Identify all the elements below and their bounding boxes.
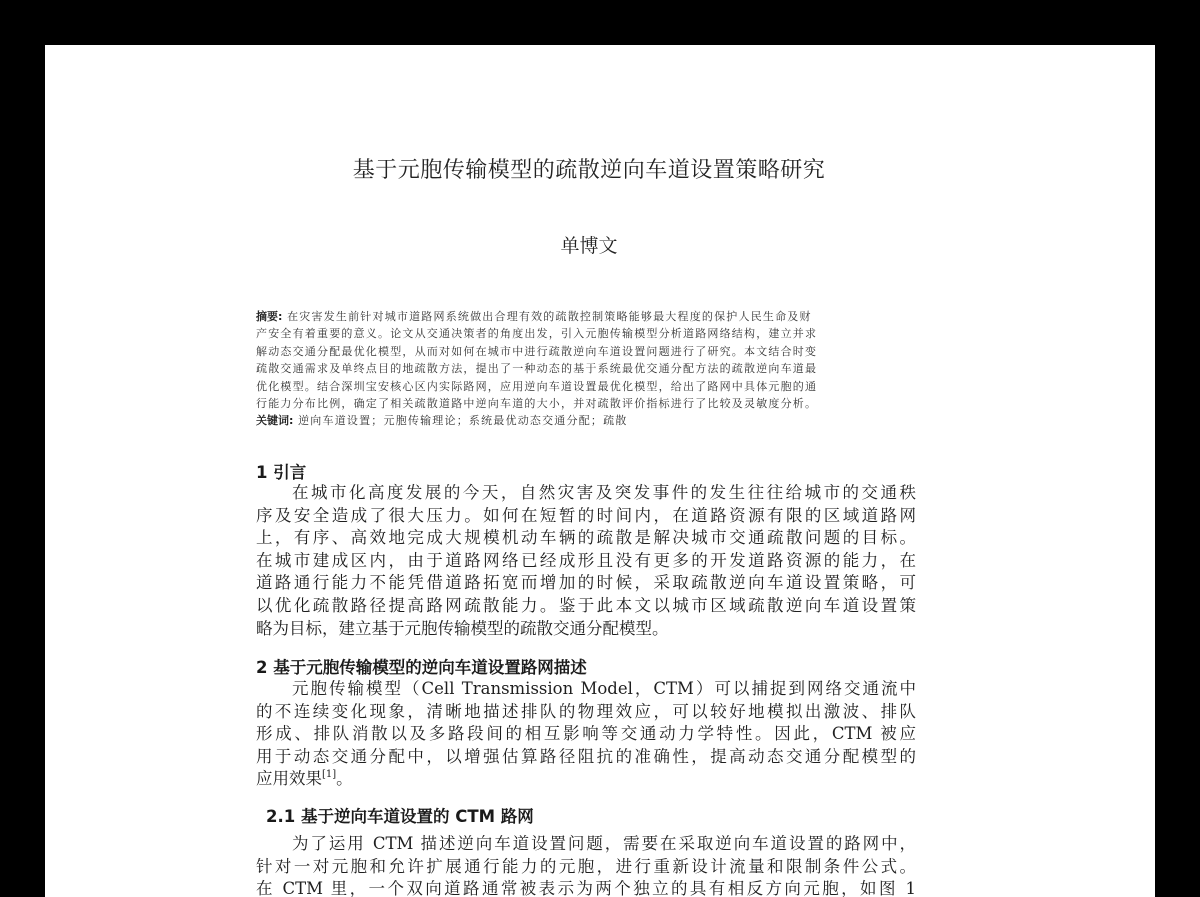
- keywords-label: 关键词:: [256, 414, 293, 427]
- paragraph-line: 为了运用 CTM 描述逆向车道设置问题，需要在采取逆向车道设置的路网中，: [256, 833, 916, 856]
- document-page: 基于元胞传输模型的疏散逆向车道设置策略研究 单博文 摘要: 在灾害发生前针对城市…: [45, 45, 1155, 897]
- section-2-paragraph: 元胞传输模型（Cell Transmission Model，CTM）可以捕捉到…: [256, 678, 916, 791]
- paper-title: 基于元胞传输模型的疏散逆向车道设置策略研究: [256, 153, 922, 184]
- paragraph-line: 应用效果[1]。: [256, 768, 916, 791]
- paragraph-line: 上，有序、高效地完成大规模机动车辆的疏散是解决城市交通疏散问题的目标。: [256, 527, 916, 550]
- abstract-line: 产安全有着重要的意义。论文从交通决策者的角度出发，引入元胞传输模型分析道路网络结…: [256, 325, 922, 342]
- section-heading-1: 1 引言: [256, 459, 306, 483]
- abstract-line: 摘要: 在灾害发生前针对城市道路网系统做出合理有效的疏散控制策略能够最大程度的保…: [256, 308, 922, 325]
- abstract-line: 优化模型。结合深圳宝安核心区内实际路网，应用逆向车道设置最优化模型，给出了路网中…: [256, 378, 922, 395]
- paragraph-line: 以优化疏散路径提高路网疏散能力。鉴于此本文以城市区域疏散逆向车道设置策: [256, 595, 916, 618]
- paragraph-line: 的不连续变化现象，清晰地描述排队的物理效应，可以较好地模拟出激波、排队: [256, 701, 916, 724]
- section-heading-2: 2 基于元胞传输模型的逆向车道设置路网描述: [256, 654, 587, 678]
- paragraph-line: 略为目标，建立基于元胞传输模型的疏散交通分配模型。: [256, 618, 916, 641]
- paragraph-line: 道路通行能力不能凭借道路拓宽而增加的时候，采取疏散逆向车道设置策略，可: [256, 572, 916, 595]
- keywords-text: 逆向车道设置；元胞传输理论；系统最优动态交通分配；疏散: [298, 414, 627, 427]
- paragraph-line: 在 CTM 里，一个双向道路通常被表示为两个独立的具有相反方向元胞，如图 1: [256, 878, 916, 897]
- paragraph-line: 在城市建成区内，由于道路网络已经成形且没有更多的开发道路资源的能力，在: [256, 550, 916, 573]
- citation-ref[interactable]: [1]: [322, 769, 336, 780]
- abstract-label: 摘要:: [256, 310, 282, 323]
- keywords-line: 关键词: 逆向车道设置；元胞传输理论；系统最优动态交通分配；疏散: [256, 412, 922, 429]
- paragraph-line: 用于动态交通分配中，以增强估算路径阻抗的准确性，提高动态交通分配模型的: [256, 746, 916, 769]
- paragraph-line: 序及安全造成了很大压力。如何在短暂的时间内，在道路资源有限的区域道路网: [256, 505, 916, 528]
- abstract-line: 解动态交通分配最优化模型，从而对如何在城市中进行疏散逆向车道设置问题进行了研究。…: [256, 343, 922, 360]
- abstract-line: 疏散交通需求及单终点目的地疏散方法，提出了一种动态的基于系统最优交通分配方法的疏…: [256, 360, 922, 377]
- section-1-paragraph: 在城市化高度发展的今天，自然灾害及突发事件的发生往往给城市的交通秩 序及安全造成…: [256, 482, 916, 640]
- abstract-line: 行能力分布比例，确定了相关疏散道路中逆向车道的大小，并对疏散评价指标进行了比较及…: [256, 395, 922, 412]
- paragraph-line: 在城市化高度发展的今天，自然灾害及突发事件的发生往往给城市的交通秩: [256, 482, 916, 505]
- paragraph-line: 元胞传输模型（Cell Transmission Model，CTM）可以捕捉到…: [256, 678, 916, 701]
- paragraph-line: 针对一对元胞和允许扩展通行能力的元胞，进行重新设计流量和限制条件公式。: [256, 856, 916, 879]
- section-heading-2-1: 2.1 基于逆向车道设置的 CTM 路网: [266, 803, 534, 827]
- section-2-1-paragraph: 为了运用 CTM 描述逆向车道设置问题，需要在采取逆向车道设置的路网中， 针对一…: [256, 833, 916, 897]
- paper-author: 单博文: [256, 231, 922, 258]
- abstract-block: 摘要: 在灾害发生前针对城市道路网系统做出合理有效的疏散控制策略能够最大程度的保…: [256, 308, 922, 430]
- paragraph-line: 形成、排队消散以及多路段间的相互影响等交通动力学特性。因此，CTM 被应: [256, 723, 916, 746]
